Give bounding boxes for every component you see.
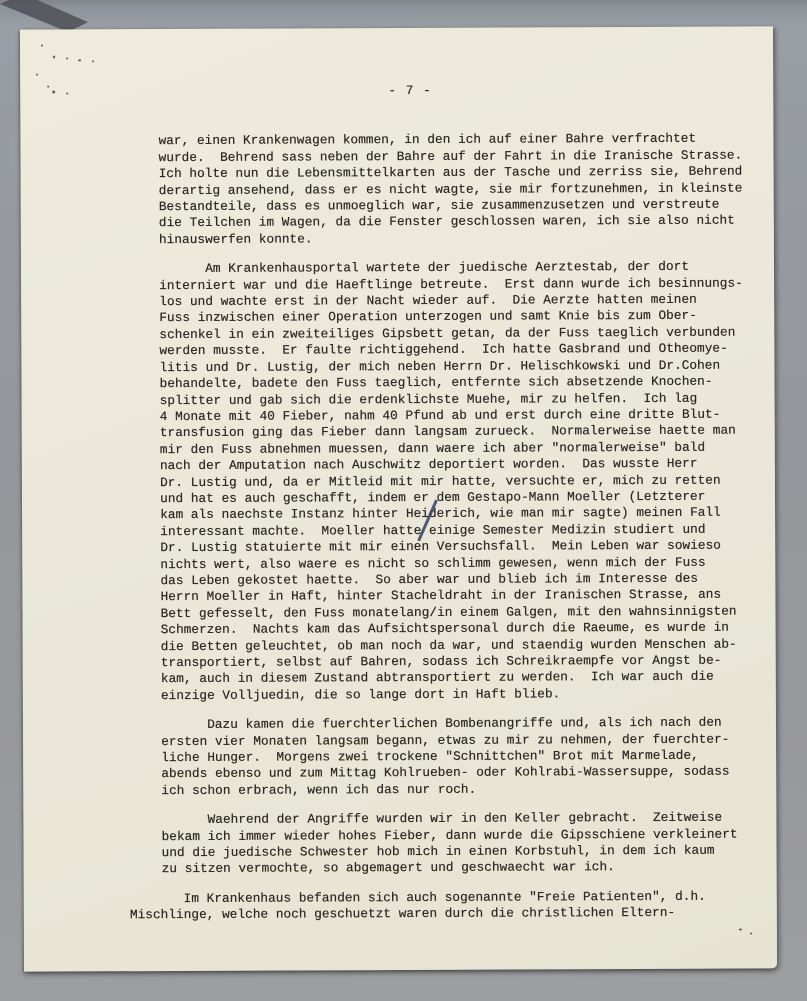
text-line: Mischlinge, welche noch geschuetzt waren… — [130, 905, 777, 924]
text-line: abends ebenso und zum Mittag Kohlrueben-… — [161, 764, 776, 783]
ink-speck — [78, 59, 81, 61]
text-line: hinauswerfen konnte. — [159, 229, 774, 248]
paragraph: Im Krankenhaus befanden sich auch sogena… — [130, 888, 777, 924]
paragraph: war, einen Krankenwagen kommen, in den i… — [158, 131, 773, 249]
ink-speck — [739, 929, 742, 931]
text-line: und die juedische Schwester hob mich in … — [162, 842, 777, 861]
text-line: zu sitzen vermochte, so abgemagert und g… — [162, 859, 777, 878]
ink-speck — [52, 90, 55, 93]
text-line: Dr. Lustig statuierte mit mir einen Vers… — [160, 538, 775, 557]
dark-corner-shadow — [0, 0, 88, 32]
text-line: kam, auch in diesem Zustand abtransporti… — [161, 669, 776, 688]
text-line: nach der Amputation nach Auschwitz depor… — [160, 455, 775, 474]
paragraph: Am Krankenhausportal wartete der juedisc… — [159, 259, 776, 705]
ink-speck — [66, 92, 68, 94]
ink-speck — [92, 60, 94, 62]
ink-speck — [41, 45, 43, 47]
text-line: einzige Volljuedin, die so lange dort in… — [161, 685, 776, 704]
text-line: ich schon erbrach, wenn ich das nur roch… — [161, 780, 776, 799]
text-line: die Teilchen im Wagen, da die Fenster ge… — [159, 213, 774, 232]
paragraph: Waehrend der Angriffe wurden wir in den … — [161, 810, 776, 878]
paragraph: Dazu kamen die fuerchterlichen Bombenang… — [161, 715, 776, 800]
text-line: Im Krankenhaus befanden sich auch sogena… — [130, 888, 777, 907]
ink-speck — [36, 74, 38, 76]
ink-speck — [750, 932, 752, 934]
scanned-page: - 7 - war, einen Krankenwagen kommen, in… — [20, 26, 777, 971]
text-block: war, einen Krankenwagen kommen, in den i… — [158, 131, 776, 924]
ink-speck — [66, 57, 68, 59]
text-line: behandelte, badete den Fuss taeglich, en… — [159, 373, 774, 392]
page-number: - 7 - — [388, 81, 773, 99]
ink-speck — [53, 55, 55, 58]
ink-speck — [47, 86, 49, 88]
photo-background: { "document": { "page_number": "- 7 -", … — [0, 0, 807, 1001]
